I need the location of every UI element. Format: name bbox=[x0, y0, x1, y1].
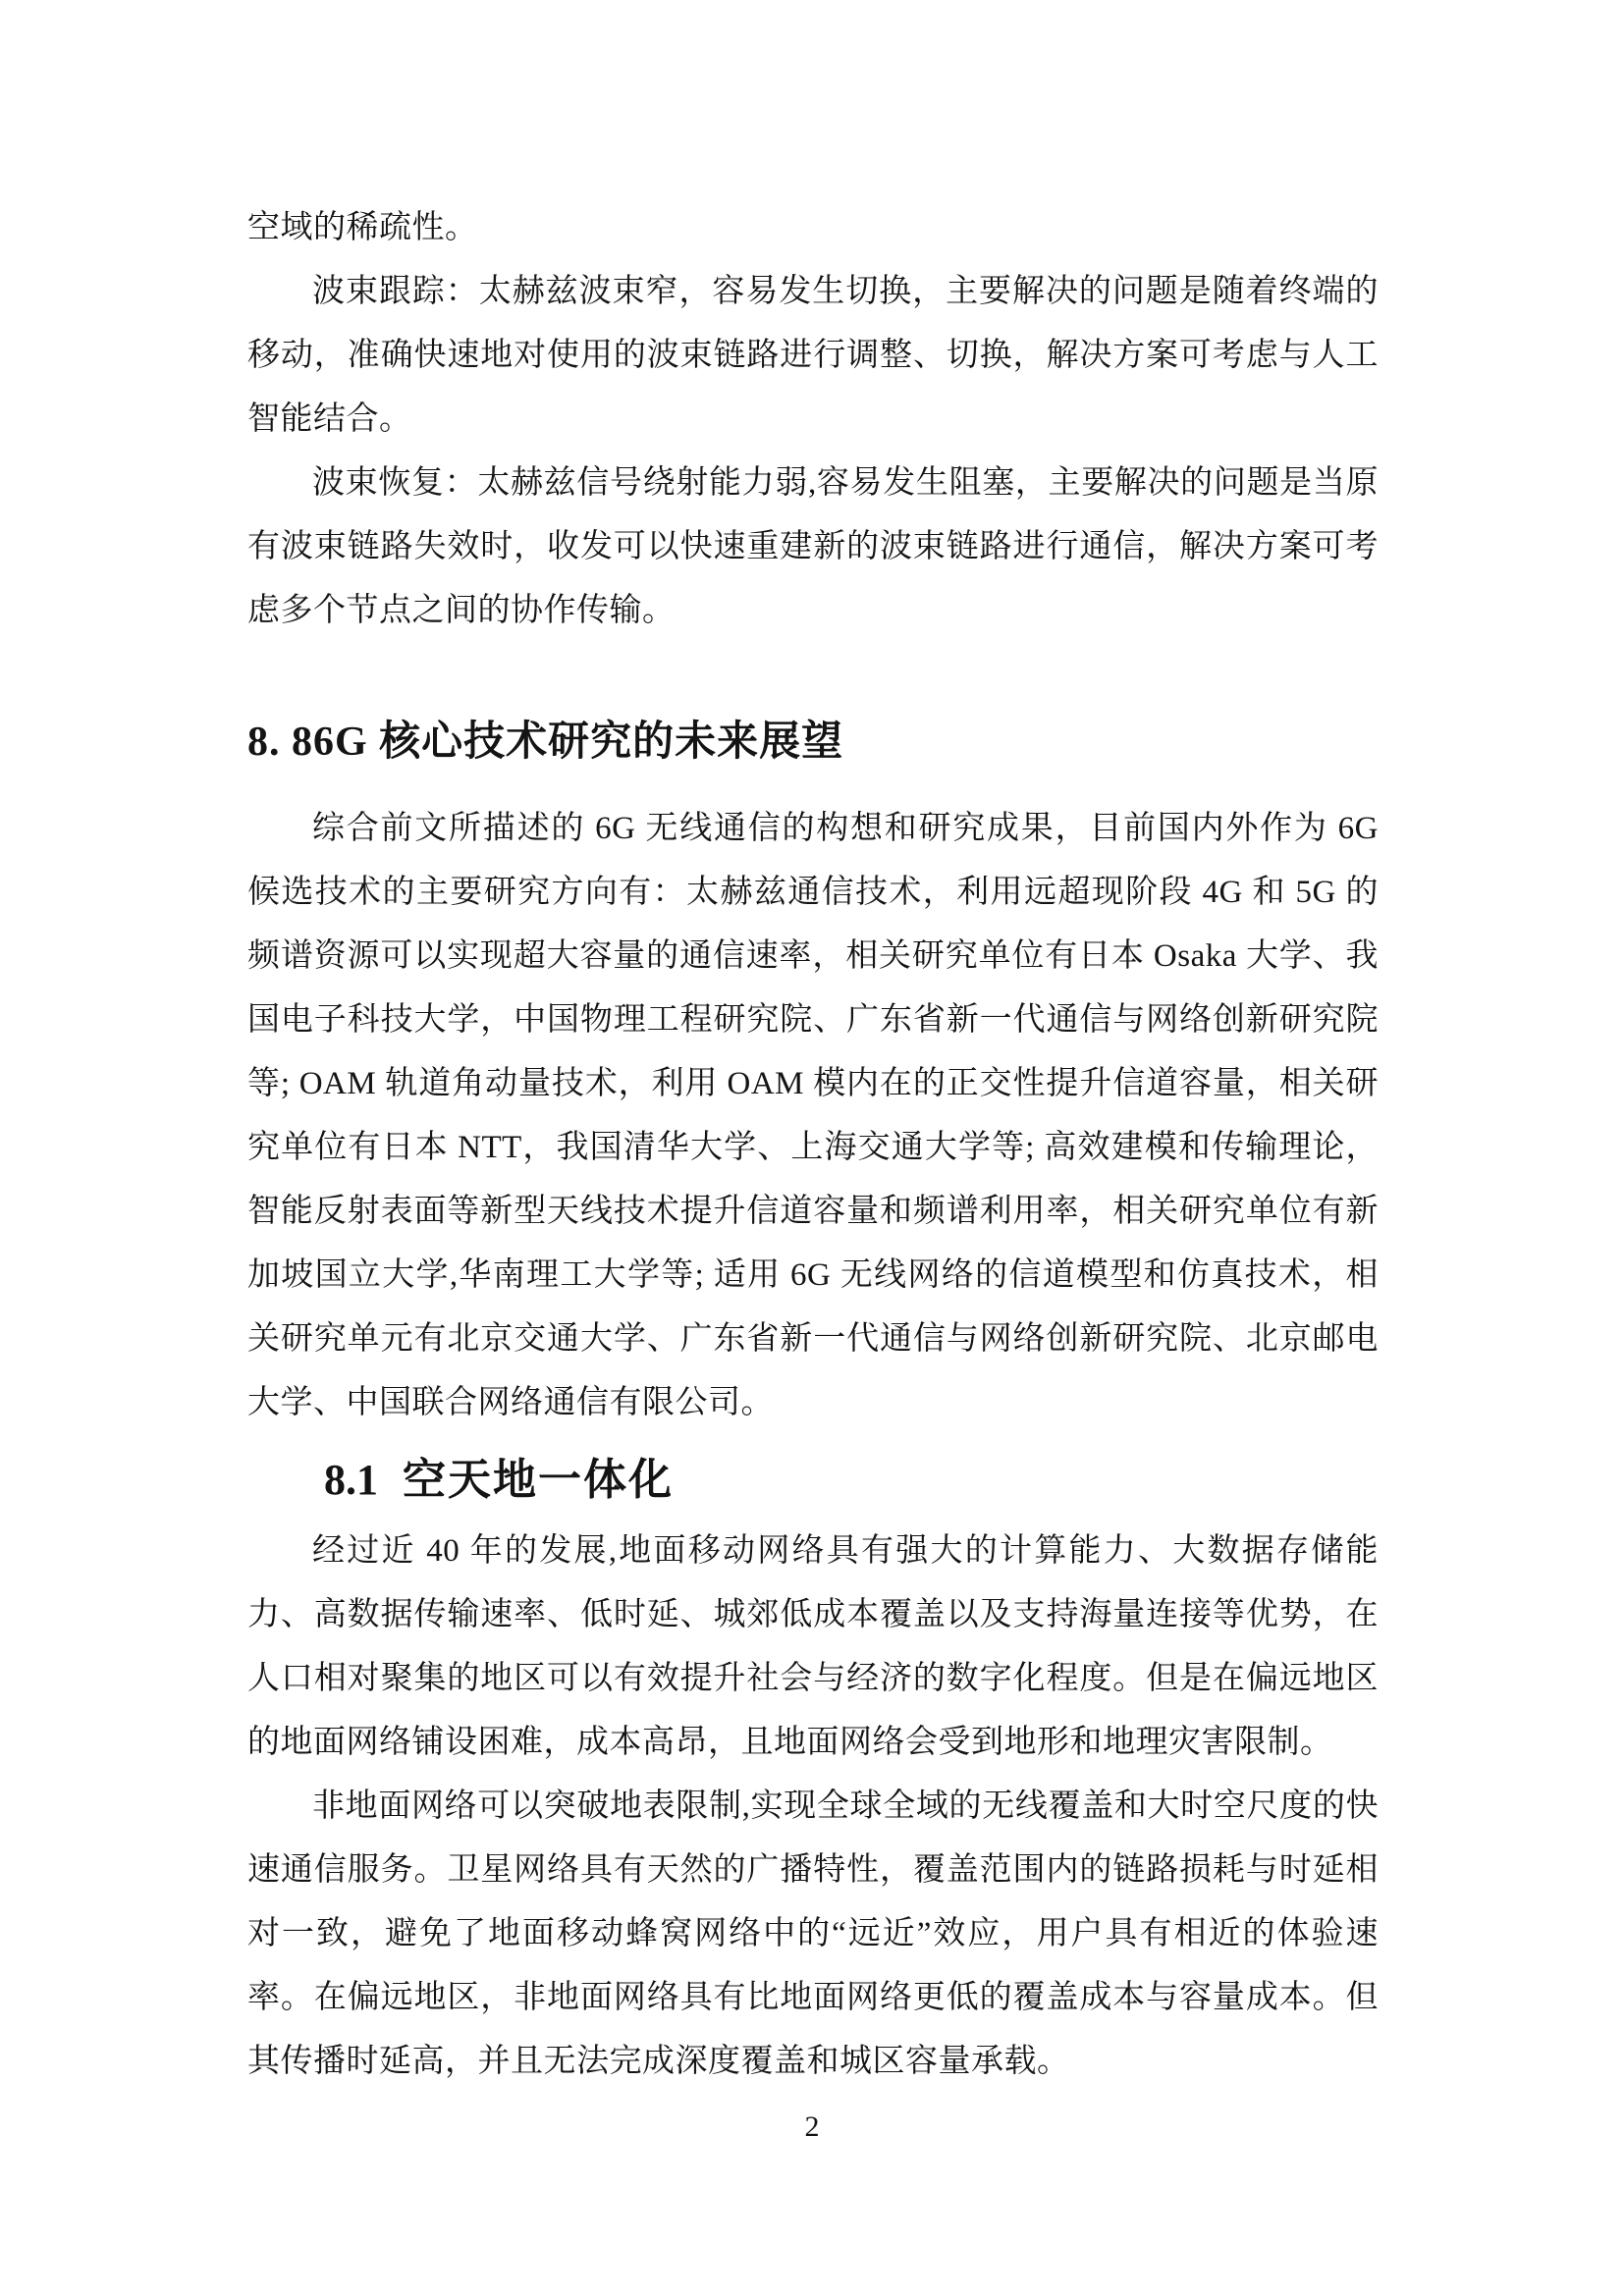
paragraph-terrestrial-network: 经过近 40 年的发展,地面移动网络具有强大的计算能力、大数据存储能力、高数据传… bbox=[247, 1520, 1379, 1775]
paragraph-non-terrestrial-network: 非地面网络可以突破地表限制,实现全球全域的无线覆盖和大时空尺度的快速通信服务。卫… bbox=[247, 1775, 1379, 2094]
paragraph-beam-recovery: 波束恢复：太赫兹信号绕射能力弱,容易发生阻塞，主要解决的问题是当原有波束链路失效… bbox=[247, 452, 1379, 643]
heading-space-air-ground-integration: 8.1 空天地一体化 bbox=[247, 1449, 1379, 1512]
paragraph-research-summary: 综合前文所描述的 6G 无线通信的构想和研究成果，目前国内外作为 6G 候选技术… bbox=[247, 797, 1379, 1435]
document-page: 空域的稀疏性。 波束跟踪：太赫兹波束窄，容易发生切换，主要解决的问题是随着终端的… bbox=[0, 0, 1624, 2296]
paragraph-beam-tracking: 波束跟踪：太赫兹波束窄，容易发生切换，主要解决的问题是随着终端的移动，准确快速地… bbox=[247, 260, 1379, 452]
page-content: 空域的稀疏性。 波束跟踪：太赫兹波束窄，容易发生切换，主要解决的问题是随着终端的… bbox=[247, 196, 1379, 2094]
paragraph-sparsity-tail: 空域的稀疏性。 bbox=[247, 196, 1379, 260]
heading-section-title: 空天地一体化 bbox=[403, 1456, 674, 1504]
heading-section-number: 8.1 bbox=[324, 1456, 378, 1504]
heading-6g-future-outlook: 8. 86G 核心技术研究的未来展望 bbox=[247, 712, 1379, 773]
page-number: 2 bbox=[805, 2110, 820, 2143]
page-footer: 2 bbox=[0, 2110, 1624, 2144]
